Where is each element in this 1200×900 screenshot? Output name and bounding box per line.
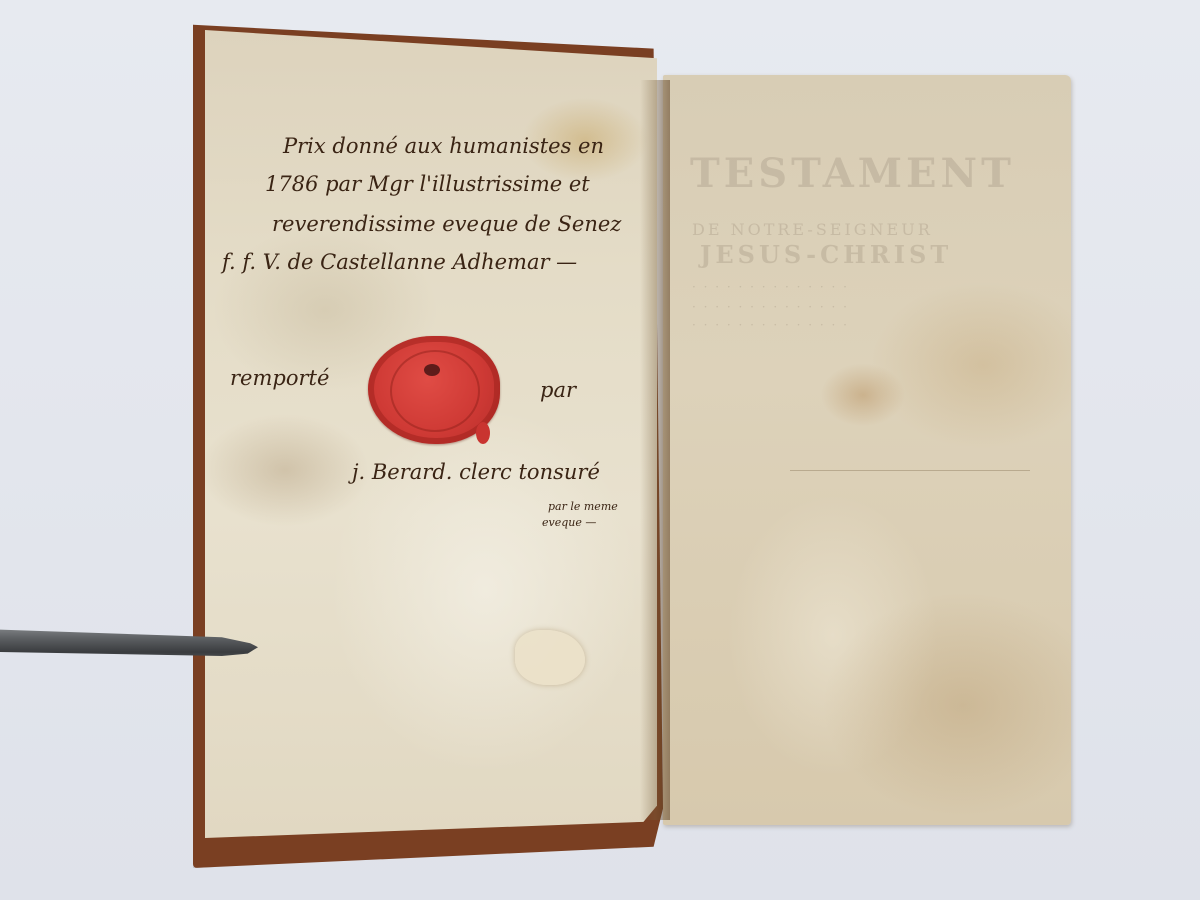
- inscription-line: reverendissime eveque de Senez: [272, 212, 621, 236]
- seal-impression: [390, 350, 480, 432]
- show-through-line: · · · · · · · · · · · · · ·: [692, 300, 849, 314]
- show-through-title: TESTAMENT: [690, 150, 1015, 197]
- gutter-shadow: [640, 80, 670, 820]
- seal-soot-mark: [424, 364, 440, 376]
- show-through-line: DE NOTRE-SEIGNEUR: [692, 220, 933, 239]
- inscription-note: eveque —: [542, 516, 596, 529]
- show-through-line: · · · · · · · · · · · · · ·: [692, 318, 849, 332]
- inscription-line: 1786 par Mgr l'illustrissime et: [265, 172, 590, 196]
- seal-drip: [476, 422, 490, 444]
- red-wax-seal: [368, 336, 500, 444]
- inscription-par: par: [540, 378, 576, 402]
- show-through-line: JESUS-CHRIST: [700, 240, 952, 269]
- photo-scene: TESTAMENT DE NOTRE-SEIGNEUR JESUS-CHRIST…: [0, 0, 1200, 900]
- title-page-rule: [790, 470, 1030, 471]
- inscription-note: par le meme: [548, 500, 618, 513]
- inscription-line: f. f. V. de Castellanne Adhemar —: [222, 250, 577, 274]
- inscription-remporte: remporté: [230, 366, 329, 390]
- show-through-line: · · · · · · · · · · · · · ·: [692, 280, 849, 294]
- inscription-recipient: j. Berard. clerc tonsuré: [352, 460, 600, 484]
- inscription-line: Prix donné aux humanistes en: [283, 134, 604, 158]
